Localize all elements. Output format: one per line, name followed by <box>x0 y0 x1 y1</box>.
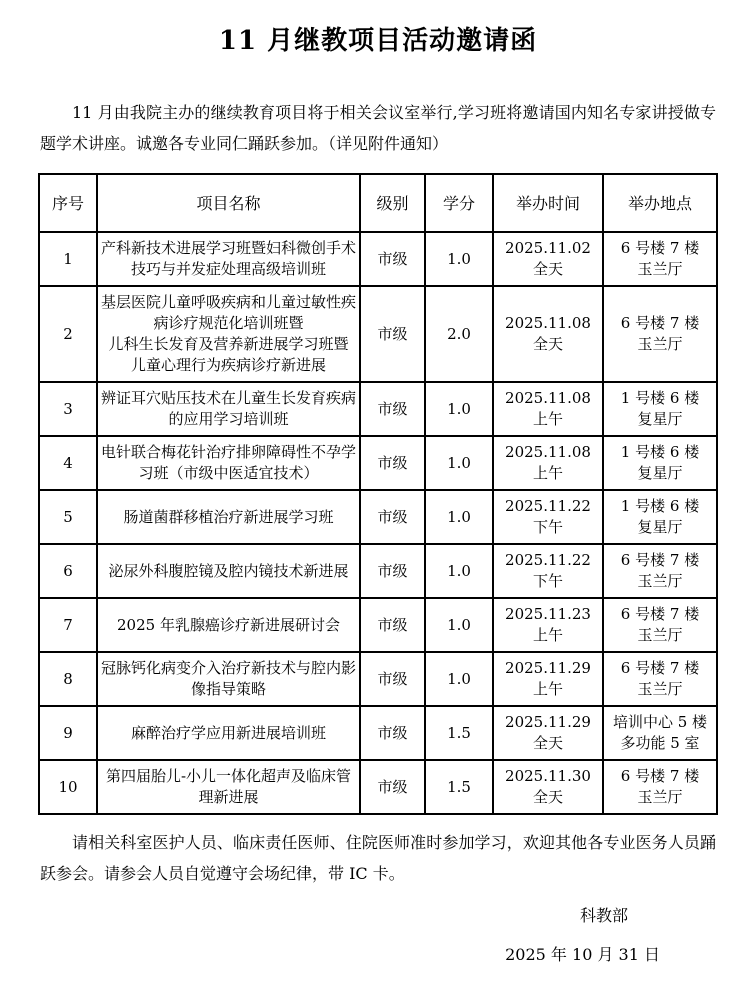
cell-time: 2025.11.29 上午 <box>493 652 603 706</box>
cell-name: 第四届胎儿-小儿一体化超声及临床管理新进展 <box>97 760 360 814</box>
table-row: 10第四届胎儿-小儿一体化超声及临床管理新进展市级1.52025.11.30 全… <box>39 760 717 814</box>
cell-credit: 1.0 <box>425 652 493 706</box>
cell-credit: 1.5 <box>425 706 493 760</box>
cell-name: 麻醉治疗学应用新进展培训班 <box>97 706 360 760</box>
header-cell: 序号 <box>39 174 97 232</box>
header-cell: 学分 <box>425 174 493 232</box>
document-page: 11 月继教项目活动邀请函 11 月由我院主办的继续教育项目将于相关会议室举行,… <box>0 0 756 981</box>
header-cell: 举办时间 <box>493 174 603 232</box>
cell-time: 2025.11.08 全天 <box>493 286 603 382</box>
closing-paragraph: 请相关科室医护人员、临床责任医师、住院医师准时参加学习，欢迎其他各专业医务人员踊… <box>40 827 716 889</box>
cell-credit: 1.0 <box>425 544 493 598</box>
cell-no: 3 <box>39 382 97 436</box>
cell-credit: 1.0 <box>425 382 493 436</box>
cell-name: 基层医院儿童呼吸疾病和儿童过敏性疾病诊疗规范化培训班暨 儿科生长发育及营养新进展… <box>97 286 360 382</box>
table-row: 72025 年乳腺癌诊疗新进展研讨会市级1.02025.11.23 上午6 号楼… <box>39 598 717 652</box>
cell-level: 市级 <box>360 598 425 652</box>
cell-location: 6 号楼 7 楼 玉兰厅 <box>603 760 717 814</box>
cell-location: 1 号楼 6 楼 复星厅 <box>603 436 717 490</box>
cell-location: 培训中心 5 楼 多功能 5 室 <box>603 706 717 760</box>
cell-no: 7 <box>39 598 97 652</box>
cell-no: 8 <box>39 652 97 706</box>
table-row: 8冠脉钙化病变介入治疗新技术与腔内影像指导策略市级1.02025.11.29 上… <box>39 652 717 706</box>
cell-level: 市级 <box>360 706 425 760</box>
table-row: 5肠道菌群移植治疗新进展学习班市级1.02025.11.22 下午1 号楼 6 … <box>39 490 717 544</box>
cell-credit: 2.0 <box>425 286 493 382</box>
cell-no: 5 <box>39 490 97 544</box>
cell-time: 2025.11.02 全天 <box>493 232 603 286</box>
cell-no: 4 <box>39 436 97 490</box>
cell-time: 2025.11.22 下午 <box>493 490 603 544</box>
cell-credit: 1.0 <box>425 232 493 286</box>
cell-time: 2025.11.29 全天 <box>493 706 603 760</box>
cell-location: 1 号楼 6 楼 复星厅 <box>603 382 717 436</box>
cell-credit: 1.5 <box>425 760 493 814</box>
table-row: 9麻醉治疗学应用新进展培训班市级1.52025.11.29 全天培训中心 5 楼… <box>39 706 717 760</box>
header-cell: 举办地点 <box>603 174 717 232</box>
cell-credit: 1.0 <box>425 436 493 490</box>
document-title: 11 月继教项目活动邀请函 <box>0 20 756 57</box>
header-cell: 项目名称 <box>97 174 360 232</box>
cell-location: 6 号楼 7 楼 玉兰厅 <box>603 286 717 382</box>
cell-credit: 1.0 <box>425 490 493 544</box>
table-row: 3辨证耳穴贴压技术在儿童生长发育疾病的应用学习培训班市级1.02025.11.0… <box>39 382 717 436</box>
cell-level: 市级 <box>360 232 425 286</box>
cell-name: 辨证耳穴贴压技术在儿童生长发育疾病的应用学习培训班 <box>97 382 360 436</box>
schedule-table: 序号项目名称级别学分举办时间举办地点 1产科新技术进展学习班暨妇科微创手术技巧与… <box>38 173 718 815</box>
cell-level: 市级 <box>360 436 425 490</box>
cell-level: 市级 <box>360 382 425 436</box>
signature: 科教部 <box>0 903 756 926</box>
cell-time: 2025.11.30 全天 <box>493 760 603 814</box>
intro-paragraph: 11 月由我院主办的继续教育项目将于相关会议室举行,学习班将邀请国内知名专家讲授… <box>40 97 716 159</box>
cell-level: 市级 <box>360 286 425 382</box>
cell-name: 电针联合梅花针治疗排卵障碍性不孕学习班（市级中医适宜技术） <box>97 436 360 490</box>
cell-level: 市级 <box>360 490 425 544</box>
cell-no: 2 <box>39 286 97 382</box>
cell-level: 市级 <box>360 760 425 814</box>
cell-level: 市级 <box>360 652 425 706</box>
cell-no: 10 <box>39 760 97 814</box>
cell-name: 肠道菌群移植治疗新进展学习班 <box>97 490 360 544</box>
cell-time: 2025.11.08 上午 <box>493 436 603 490</box>
cell-no: 9 <box>39 706 97 760</box>
cell-location: 6 号楼 7 楼 玉兰厅 <box>603 652 717 706</box>
cell-credit: 1.0 <box>425 598 493 652</box>
table-row: 1产科新技术进展学习班暨妇科微创手术技巧与并发症处理高级培训班市级1.02025… <box>39 232 717 286</box>
cell-location: 1 号楼 6 楼 复星厅 <box>603 490 717 544</box>
cell-location: 6 号楼 7 楼 玉兰厅 <box>603 544 717 598</box>
cell-time: 2025.11.23 上午 <box>493 598 603 652</box>
cell-name: 产科新技术进展学习班暨妇科微创手术技巧与并发症处理高级培训班 <box>97 232 360 286</box>
document-date: 2025 年 10 月 31 日 <box>0 942 756 965</box>
cell-level: 市级 <box>360 544 425 598</box>
cell-time: 2025.11.08 上午 <box>493 382 603 436</box>
table-header-row: 序号项目名称级别学分举办时间举办地点 <box>39 174 717 232</box>
cell-location: 6 号楼 7 楼 玉兰厅 <box>603 232 717 286</box>
table-row: 4电针联合梅花针治疗排卵障碍性不孕学习班（市级中医适宜技术）市级1.02025.… <box>39 436 717 490</box>
cell-no: 1 <box>39 232 97 286</box>
cell-name: 2025 年乳腺癌诊疗新进展研讨会 <box>97 598 360 652</box>
cell-name: 泌尿外科腹腔镜及腔内镜技术新进展 <box>97 544 360 598</box>
header-cell: 级别 <box>360 174 425 232</box>
table-row: 2基层医院儿童呼吸疾病和儿童过敏性疾病诊疗规范化培训班暨 儿科生长发育及营养新进… <box>39 286 717 382</box>
cell-no: 6 <box>39 544 97 598</box>
cell-name: 冠脉钙化病变介入治疗新技术与腔内影像指导策略 <box>97 652 360 706</box>
cell-time: 2025.11.22 下午 <box>493 544 603 598</box>
table-row: 6泌尿外科腹腔镜及腔内镜技术新进展市级1.02025.11.22 下午6 号楼 … <box>39 544 717 598</box>
cell-location: 6 号楼 7 楼 玉兰厅 <box>603 598 717 652</box>
table-body: 1产科新技术进展学习班暨妇科微创手术技巧与并发症处理高级培训班市级1.02025… <box>39 232 717 814</box>
